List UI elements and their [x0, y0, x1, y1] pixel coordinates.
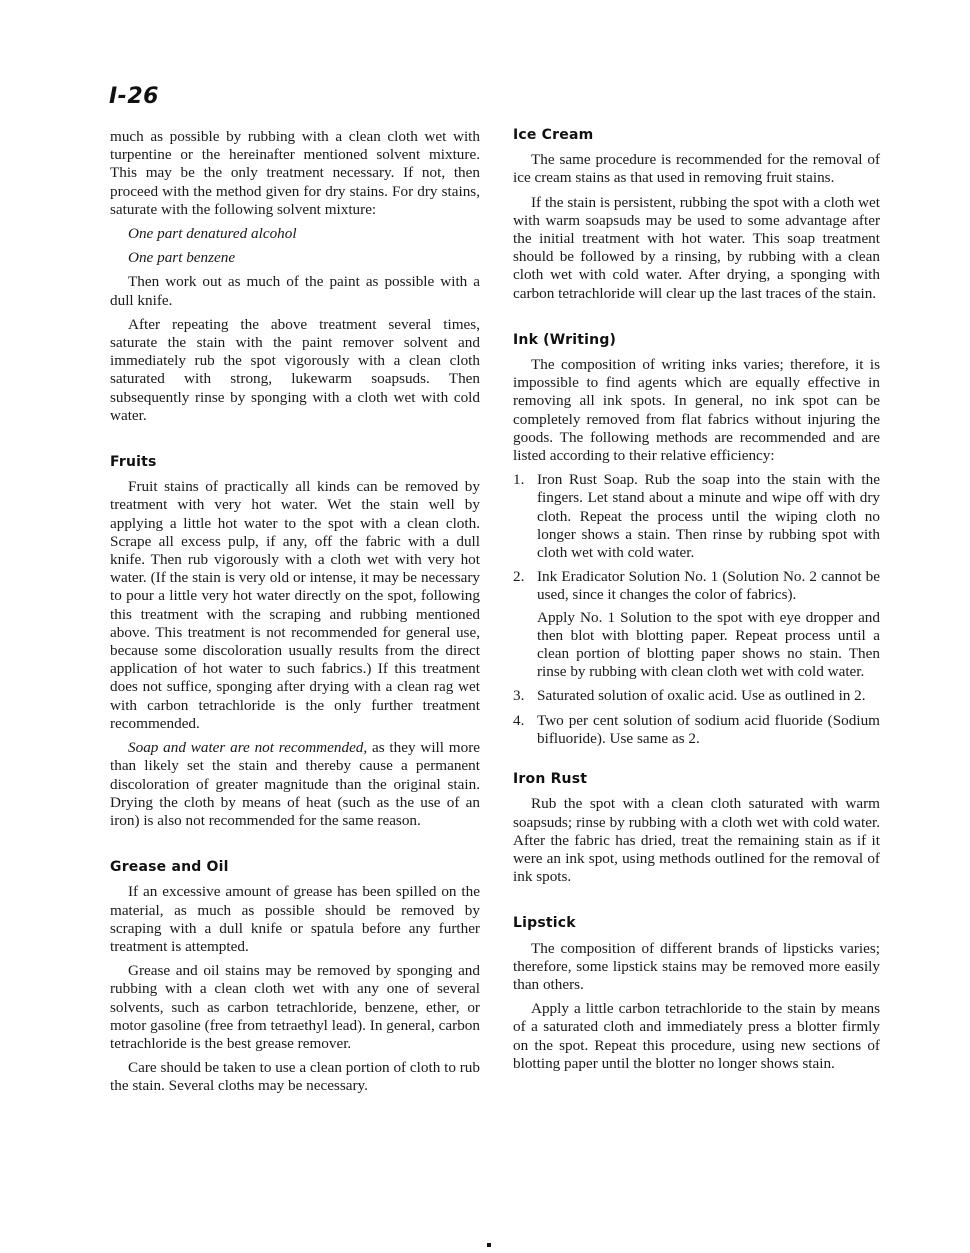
paragraph: Then work out as much of the paint as po… — [110, 273, 480, 309]
paragraph: Care should be taken to use a clean port… — [110, 1059, 480, 1095]
list-item-text: Iron Rust Soap. Rub the soap into the st… — [537, 471, 880, 561]
paragraph: Apply a little carbon tetrachloride to t… — [513, 1000, 880, 1073]
right-column: Ice Cream The same procedure is recommen… — [513, 126, 880, 1079]
paragraph: If the stain is persistent, rubbing the … — [513, 194, 880, 303]
section-iron-rust: Iron Rust Rub the spot with a clean clot… — [513, 770, 880, 886]
intro-paragraph: much as possible by rubbing with a clean… — [110, 128, 480, 219]
list-item-text: Two per cent solution of sodium acid flu… — [537, 712, 880, 747]
section-heading: Iron Rust — [513, 770, 880, 788]
scan-artifact-dot — [487, 1243, 491, 1247]
list-number: 4. — [513, 712, 524, 730]
section-heading: Grease and Oil — [110, 858, 480, 876]
section-heading: Ink (Writing) — [513, 331, 880, 349]
ink-methods-list: 1. Iron Rust Soap. Rub the soap into the… — [513, 471, 880, 748]
list-number: 3. — [513, 687, 524, 705]
list-item-subparagraph: Apply No. 1 Solution to the spot with ey… — [537, 609, 880, 682]
solvent-formula-line: One part denatured alcohol — [128, 225, 480, 243]
paragraph: If an excessive amount of grease has bee… — [110, 883, 480, 956]
paragraph: Soap and water are not recommended, as t… — [110, 739, 480, 830]
list-item: 2. Ink Eradicator Solution No. 1 (Soluti… — [513, 568, 880, 681]
paragraph: The same procedure is recommended for th… — [513, 151, 880, 187]
section-lipstick: Lipstick The composition of different br… — [513, 914, 880, 1073]
left-column: much as possible by rubbing with a clean… — [110, 128, 480, 1102]
page-number: I-26 — [109, 84, 159, 109]
section-grease-and-oil: Grease and Oil If an excessive amount of… — [110, 858, 480, 1095]
section-fruits: Fruits Fruit stains of practically all k… — [110, 453, 480, 830]
paragraph: After repeating the above treatment seve… — [110, 316, 480, 425]
section-ink-writing: Ink (Writing) The composition of writing… — [513, 331, 880, 748]
section-heading: Lipstick — [513, 914, 880, 932]
list-item: 4. Two per cent solution of sodium acid … — [513, 712, 880, 748]
list-item: 3. Saturated solution of oxalic acid. Us… — [513, 687, 880, 705]
paragraph: Grease and oil stains may be removed by … — [110, 962, 480, 1053]
paragraph: The composition of writing inks varies; … — [513, 356, 880, 465]
section-heading: Ice Cream — [513, 126, 880, 144]
emphasis-text: Soap and water are not recommended, — [128, 739, 367, 756]
list-item: 1. Iron Rust Soap. Rub the soap into the… — [513, 471, 880, 562]
paragraph: Rub the spot with a clean cloth saturate… — [513, 795, 880, 886]
paragraph: Fruit stains of practically all kinds ca… — [110, 478, 480, 733]
list-number: 2. — [513, 568, 524, 586]
list-item-text: Saturated solution of oxalic acid. Use a… — [537, 687, 866, 704]
paragraph: The composition of different brands of l… — [513, 940, 880, 995]
section-heading: Fruits — [110, 453, 480, 471]
section-ice-cream: Ice Cream The same procedure is recommen… — [513, 126, 880, 303]
list-item-text: Ink Eradicator Solution No. 1 (Solution … — [537, 568, 880, 603]
solvent-formula-line: One part benzene — [128, 249, 480, 267]
list-number: 1. — [513, 471, 524, 489]
